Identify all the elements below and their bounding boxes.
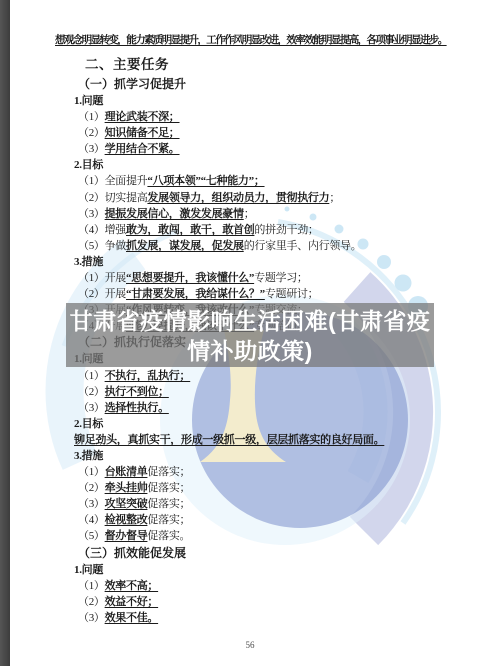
doc-line: （三）抓效能促发展 bbox=[78, 545, 466, 562]
text-segment: （3） bbox=[78, 498, 105, 510]
text-segment: 督办督导 bbox=[105, 530, 148, 542]
text-segment: 2.目标 bbox=[74, 159, 103, 171]
text-segment: 发展领导力，组织动员力，贯彻执行力 bbox=[147, 192, 329, 204]
doc-line: （1）开展“思想要提升，我该懂什么”专题学习； bbox=[78, 270, 466, 286]
text-segment: 台账清单 bbox=[105, 466, 148, 478]
text-segment: 检视整改 bbox=[105, 514, 148, 526]
text-segment: （4） bbox=[78, 514, 105, 526]
text-segment: ； bbox=[244, 208, 255, 220]
text-segment: 争做 bbox=[105, 240, 126, 252]
text-segment: 理论武装不深； bbox=[105, 111, 180, 123]
text-segment: 3.措施 bbox=[74, 450, 103, 462]
text-segment: （5） bbox=[78, 530, 105, 542]
left-dark-strip bbox=[0, 0, 10, 666]
text-segment: （2） bbox=[78, 482, 105, 494]
text-segment: 效率不高； bbox=[105, 580, 159, 592]
text-segment: 促落实； bbox=[147, 482, 190, 494]
text-segment: 攻坚突破 bbox=[105, 498, 148, 510]
text-segment: （1） bbox=[78, 272, 105, 284]
text-segment: （2） bbox=[78, 386, 105, 398]
doc-line: 想观念明显转变，能力素质明显提升，工作作风明显改进，效率效能明显提高，各项事业明… bbox=[55, 32, 466, 54]
doc-line: （1）理论武装不深； bbox=[78, 109, 466, 125]
text-segment: 的行家里手、内行领导。 bbox=[244, 240, 362, 252]
doc-line: （5）督办督导促落实。 bbox=[78, 528, 466, 544]
text-segment: （3） bbox=[78, 143, 105, 155]
text-segment: （1） bbox=[78, 370, 105, 382]
doc-line: （2）知识储备不足； bbox=[78, 125, 466, 141]
text-segment: 想观念明显转变，能力素质明显提升，工作作风明显改进，效率效能明显提高，各项事业明… bbox=[55, 35, 447, 46]
text-segment: （三）抓效能促发展 bbox=[78, 546, 186, 560]
doc-line: （3）效果不佳。 bbox=[78, 610, 466, 626]
text-segment: 牵头挂帅 bbox=[105, 482, 148, 494]
doc-line: （3）提振发展信心，激发发展豪情； bbox=[78, 206, 466, 222]
text-segment: （1） bbox=[78, 111, 105, 123]
doc-line: （2）开展“甘肃要发展，我给谋什么？”专题研讨； bbox=[78, 286, 466, 302]
text-segment: （1） bbox=[78, 466, 105, 478]
text-segment: 开展 bbox=[105, 288, 126, 300]
text-segment: 1.问题 bbox=[74, 95, 103, 107]
text-segment: （2） bbox=[78, 127, 105, 139]
text-segment: 效果不佳。 bbox=[105, 612, 159, 624]
doc-line: 3.措施 bbox=[74, 448, 466, 464]
doc-line: 二、主要任务 bbox=[85, 54, 466, 76]
text-segment: “八项本领”“七种能力”； bbox=[147, 175, 264, 187]
doc-line: 3.措施 bbox=[74, 254, 466, 270]
doc-line: （1）效率不高； bbox=[78, 578, 466, 594]
page-number: 56 bbox=[0, 640, 500, 650]
doc-line: （4）检视整改促落实； bbox=[78, 512, 466, 528]
text-segment: 1.问题 bbox=[74, 564, 103, 576]
text-segment: （3） bbox=[78, 402, 105, 414]
text-segment: 专题研讨； bbox=[265, 288, 319, 300]
text-segment: 敢为，敢闯，敢干，敢首创 bbox=[126, 224, 254, 236]
text-segment: （一）抓学习促提升 bbox=[78, 77, 186, 91]
text-segment: “思想要提升，我该懂什么” bbox=[126, 272, 254, 284]
doc-line: （2）执行不到位； bbox=[78, 384, 466, 400]
text-segment: 的拼劲干劲； bbox=[254, 224, 318, 236]
text-segment: 促落实。 bbox=[147, 530, 190, 542]
text-segment: 2.目标 bbox=[74, 418, 103, 430]
text-segment: 提振发展信心，激发发展豪情 bbox=[105, 208, 244, 220]
doc-line: 1.问题 bbox=[74, 562, 466, 578]
doc-line: 铆足劲头，真抓实干，形成一级抓一级，层层抓落实的良好局面。 bbox=[74, 432, 466, 448]
text-segment: 促落实； bbox=[147, 498, 190, 510]
doc-line: （1）台账清单促落实； bbox=[78, 464, 466, 480]
text-segment: 铆足劲头，真抓实干，形成一级抓一级，层层抓落实的良好局面。 bbox=[74, 434, 384, 446]
overlay-title-line2: 情补助政策) bbox=[66, 336, 434, 366]
text-segment: （2） bbox=[78, 192, 105, 204]
doc-line: 2.目标 bbox=[74, 157, 466, 173]
text-segment: （1） bbox=[78, 580, 105, 592]
text-segment: （1） bbox=[78, 175, 105, 187]
doc-line: （5）争做抓发展，谋发展，促发展的行家里手、内行领导。 bbox=[78, 238, 466, 254]
doc-line: （一）抓学习促提升 bbox=[78, 76, 466, 93]
text-segment: 效益不好； bbox=[105, 596, 159, 608]
text-segment: （4） bbox=[78, 224, 105, 236]
text-segment: 开展 bbox=[105, 272, 126, 284]
text-segment: “甘肃要发展，我给谋什么？” bbox=[126, 288, 265, 300]
doc-line: （3）选择性执行。 bbox=[78, 400, 466, 416]
text-segment: 促落实； bbox=[147, 514, 190, 526]
text-segment: 不执行，乱执行； bbox=[105, 370, 191, 382]
overlay-title-line1: 甘肃省疫情影响生活困难(甘肃省疫 bbox=[66, 306, 434, 336]
doc-line: （3）攻坚突破促落实； bbox=[78, 496, 466, 512]
doc-line: （2）牵头挂帅促落实； bbox=[78, 480, 466, 496]
text-segment: 选择性执行。 bbox=[105, 402, 169, 414]
text-segment: 增强 bbox=[105, 224, 126, 236]
overlay-title-banner: 甘肃省疫情影响生活困难(甘肃省疫 情补助政策) bbox=[66, 303, 434, 367]
doc-line: （2）切实提高发展领导力，组织动员力，贯彻执行力； bbox=[78, 190, 466, 206]
text-segment: 执行不到位； bbox=[105, 386, 169, 398]
text-segment: 3.措施 bbox=[74, 256, 103, 268]
text-segment: 全面提升 bbox=[105, 175, 148, 187]
text-segment: （3） bbox=[78, 208, 105, 220]
doc-line: （2）效益不好； bbox=[78, 594, 466, 610]
text-segment: ； bbox=[329, 192, 340, 204]
doc-line: （3）学用结合不紧。 bbox=[78, 141, 466, 157]
text-segment: 切实提高 bbox=[105, 192, 148, 204]
doc-line: （1）全面提升“八项本领”“七种能力”； bbox=[78, 173, 466, 189]
text-segment: （2） bbox=[78, 596, 105, 608]
text-segment: 知识储备不足； bbox=[105, 127, 180, 139]
doc-line: 1.问题 bbox=[74, 93, 466, 109]
doc-line: 2.目标 bbox=[74, 416, 466, 432]
text-segment: 专题学习； bbox=[254, 272, 308, 284]
text-segment: 二、主要任务 bbox=[85, 57, 169, 72]
text-segment: 抓发展，谋发展，促发展 bbox=[126, 240, 244, 252]
text-segment: （3） bbox=[78, 612, 105, 624]
doc-line: （1）不执行，乱执行； bbox=[78, 368, 466, 384]
text-segment: （2） bbox=[78, 288, 105, 300]
text-segment: 促落实； bbox=[147, 466, 190, 478]
text-segment: 学用结合不紧。 bbox=[105, 143, 180, 155]
text-segment: （5） bbox=[78, 240, 105, 252]
doc-line: （4）增强敢为，敢闯，敢干，敢首创的拼劲干劲； bbox=[78, 222, 466, 238]
